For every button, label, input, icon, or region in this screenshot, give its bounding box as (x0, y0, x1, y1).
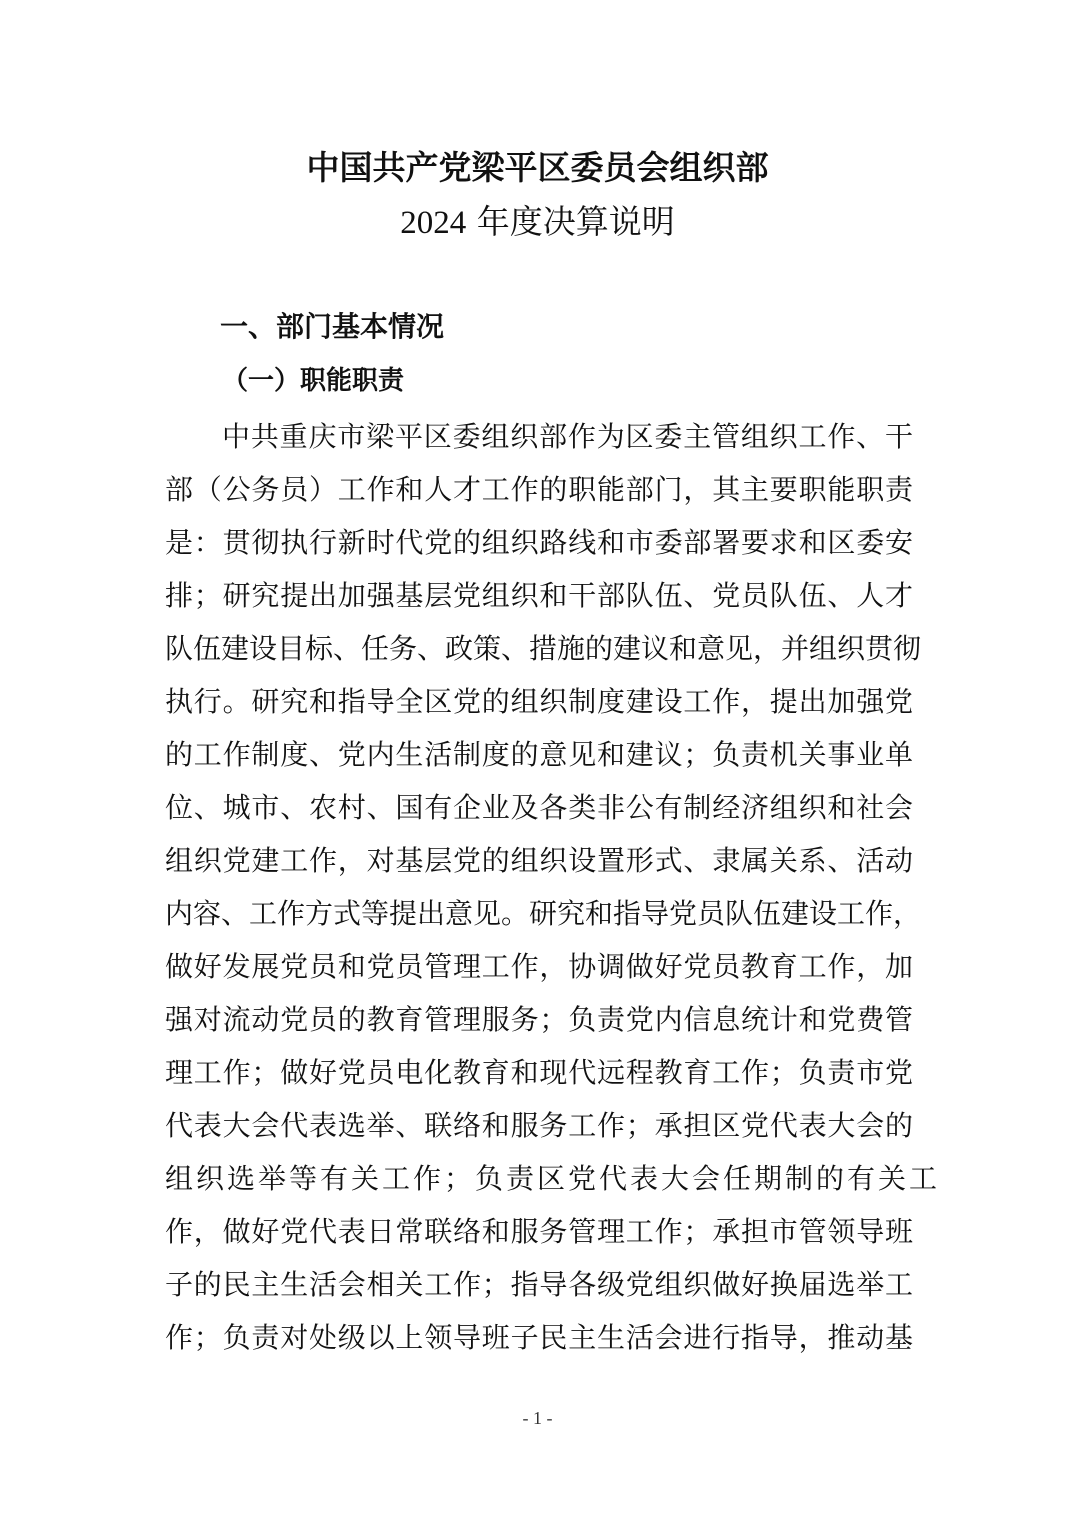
document-subtitle: 2024 年度决算说明 (0, 196, 1075, 243)
subtitle-text: 年度决算说明 (466, 202, 675, 241)
subsection-heading-functions: （一）职能职责 (222, 360, 404, 397)
paragraph-line: 排；研究提出加强基层党组织和干部队伍、党员队伍、人才 (165, 579, 913, 613)
paragraph-line: 中共重庆市梁平区委组织部作为区委主管组织工作、干 (222, 420, 913, 454)
paragraph-line: 代表大会代表选举、联络和服务工作；承担区党代表大会的 (165, 1109, 913, 1143)
paragraph-line: 子的民主生活会相关工作；指导各级党组织做好换届选举工 (165, 1268, 913, 1302)
paragraph-line: 作；负责对处级以上领导班子民主生活会进行指导，推动基 (165, 1321, 913, 1355)
paragraph-line: 部（公务员）工作和人才工作的职能部门，其主要职能职责 (165, 473, 913, 507)
section-heading-basic-info: 一、部门基本情况 (220, 305, 444, 345)
paragraph-line: 做好发展党员和党员管理工作，协调做好党员教育工作，加 (165, 950, 913, 984)
paragraph-line: 队伍建设目标、任务、政策、措施的建议和意见，并组织贯彻 (165, 632, 913, 666)
paragraph-line: 的工作制度、党内生活制度的意见和建议；负责机关事业单 (165, 738, 913, 772)
page-number: - 1 - (0, 1408, 1075, 1429)
paragraph-line: 组织选举等有关工作；负责区党代表大会任期制的有关工 (165, 1162, 913, 1196)
subtitle-year: 2024 (400, 205, 466, 241)
paragraph-line: 位、城市、农村、国有企业及各类非公有制经济组织和社会 (165, 791, 913, 825)
paragraph-line: 内容、工作方式等提出意见。研究和指导党员队伍建设工作， (165, 897, 913, 931)
paragraph-line: 组织党建工作，对基层党的组织设置形式、隶属关系、活动 (165, 844, 913, 878)
paragraph-line: 强对流动党员的教育管理服务；负责党内信息统计和党费管 (165, 1003, 913, 1037)
paragraph-line: 作，做好党代表日常联络和服务管理工作；承担市管领导班 (165, 1215, 913, 1249)
document-title: 中国共产党梁平区委员会组织部 (0, 142, 1075, 189)
paragraph-line: 理工作；做好党员电化教育和现代远程教育工作；负责市党 (165, 1056, 913, 1090)
paragraph-line: 执行。研究和指导全区党的组织制度建设工作，提出加强党 (165, 685, 913, 719)
paragraph-line: 是：贯彻执行新时代党的组织路线和市委部署要求和区委安 (165, 526, 913, 560)
